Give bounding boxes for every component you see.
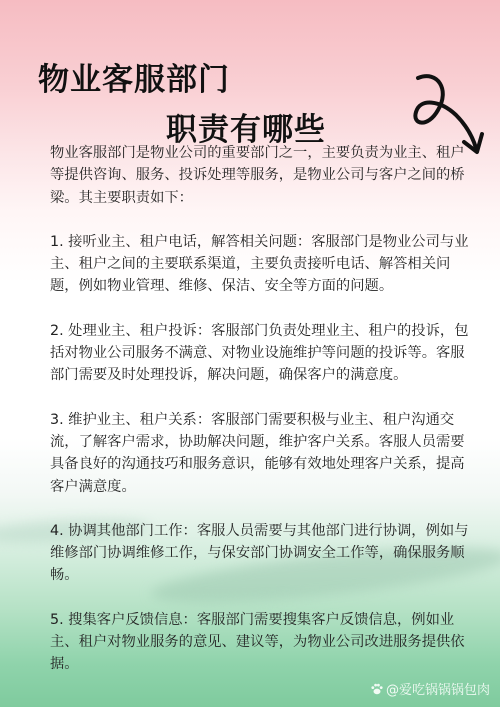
duty-item-1: 1. 接听业主、租户电话，解答相关问题：客服部门是物业公司与业主、租户之间的主要… bbox=[50, 231, 470, 298]
duty-item-4: 4. 协调其他部门工作：客服人员需要与其他部门进行协调，例如与维修部门协调维修工… bbox=[50, 520, 470, 587]
watermark-text: @爱吃锅锅锅包肉 bbox=[386, 679, 490, 698]
duty-item-3: 3. 维护业主、租户关系：客服部门需要积极与业主、租户沟通交流，了解客户需求，协… bbox=[50, 409, 470, 498]
duty-item-2: 2. 处理业主、租户投诉：客服部门负责处理业主、租户的投诉，包括对物业公司服务不… bbox=[50, 320, 470, 387]
intro-paragraph: 物业客服部门是物业公司的重要部门之一，主要负责为业主、租户等提供咨询、服务、投诉… bbox=[50, 142, 470, 209]
duty-item-5: 5. 搜集客户反馈信息：客服部门需要搜集客户反馈信息，例如业主、租户对物业服务的… bbox=[50, 609, 470, 676]
page-title-line-1: 物业客服部门 bbox=[38, 54, 230, 99]
paw-icon bbox=[370, 682, 384, 696]
watermark: @爱吃锅锅锅包肉 bbox=[370, 679, 490, 698]
article-body: 物业客服部门是物业公司的重要部门之一，主要负责为业主、租户等提供咨询、服务、投诉… bbox=[50, 142, 470, 698]
